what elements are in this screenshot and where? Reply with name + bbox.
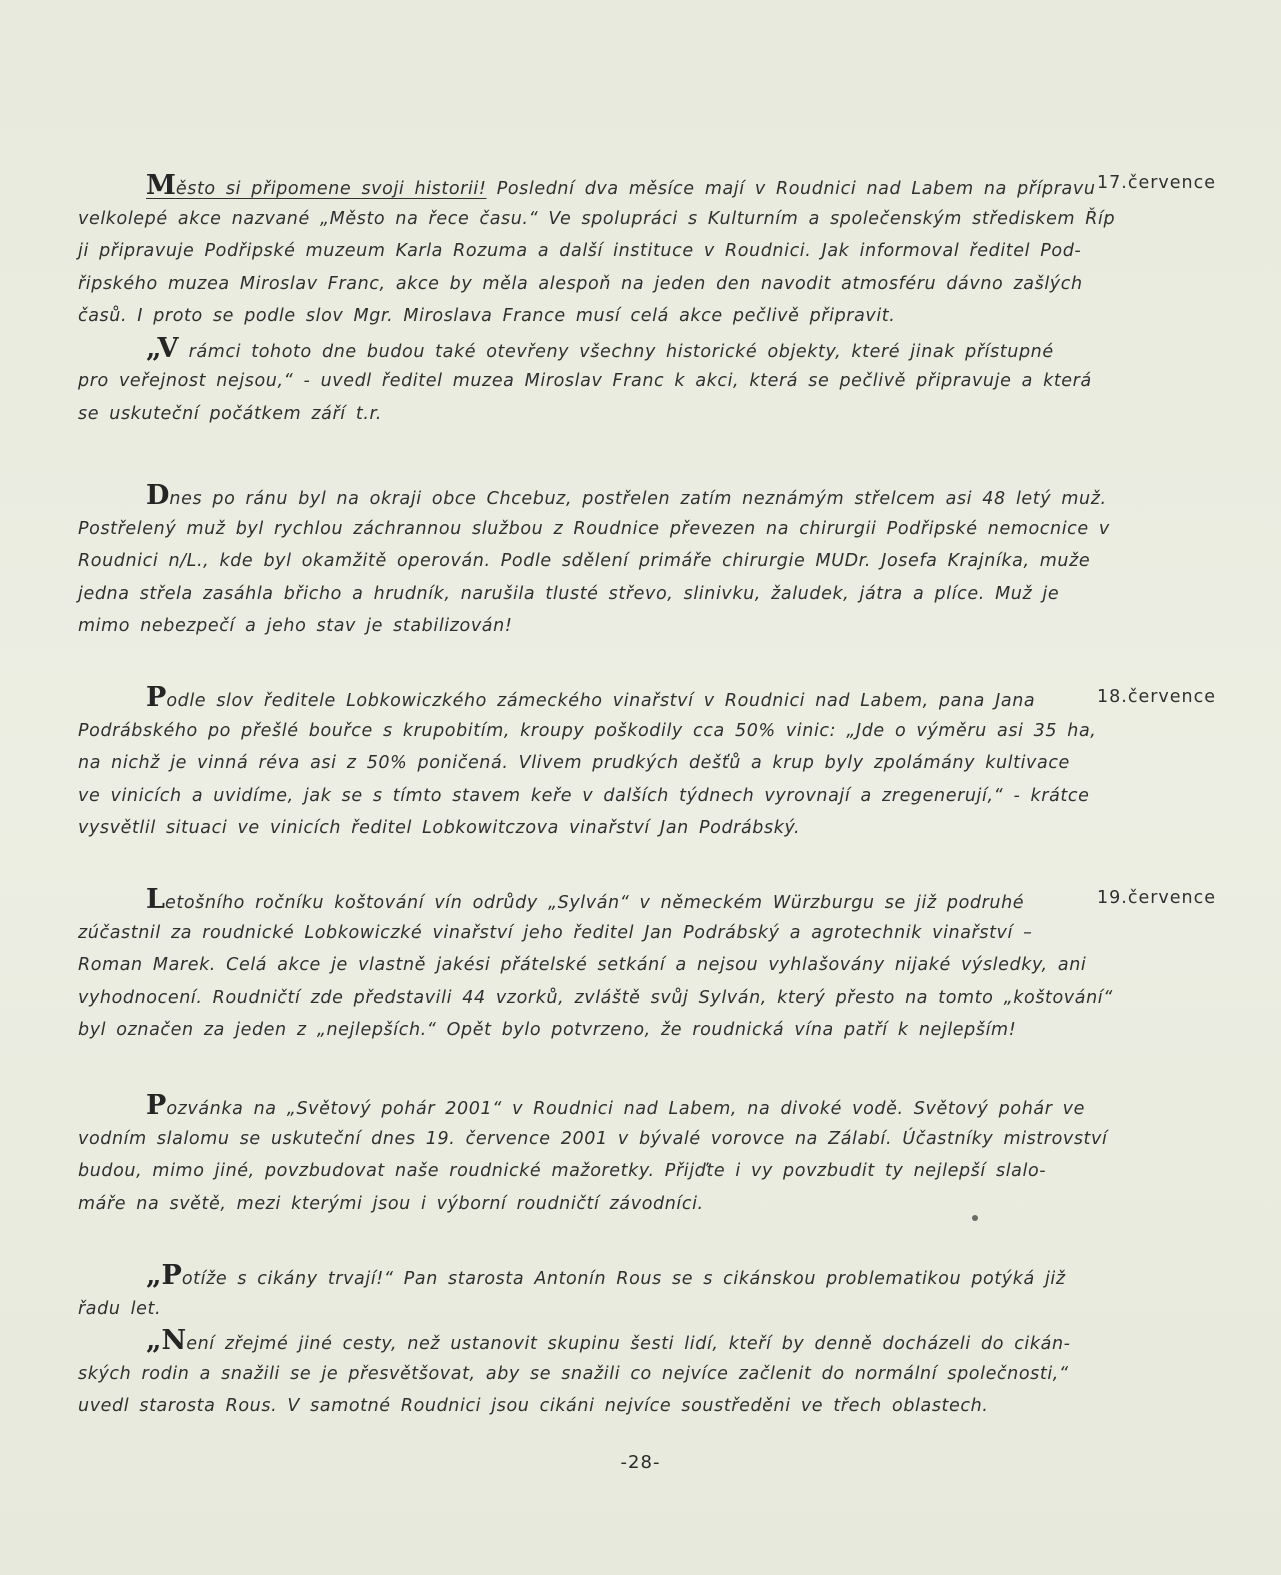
article-line: zúčastnil za roudnické Lobkowiczké vinař…: [78, 917, 1128, 950]
article-quote-line: „V rámci tohoto dne budou také otevřeny …: [78, 333, 1128, 366]
article-quote-line: pro veřejnost nejsou,“ - uvedl ředitel m…: [78, 365, 1128, 398]
article-line: „Potíže s cikány trvají!“ Pan starosta A…: [78, 1260, 1128, 1293]
article-line: Podrábského po přešlé bouřce s krupobití…: [78, 715, 1128, 748]
article-line: vysvětlil situaci ve vinicích ředitel Lo…: [78, 812, 1128, 845]
drop-cap: D: [146, 480, 169, 511]
article-line: ji připravuje Podřipské muzeum Karla Roz…: [78, 235, 1128, 268]
article-line: řadu let.: [78, 1293, 1128, 1326]
article-line: vyhodnocení. Roudničtí zde představili 4…: [78, 982, 1128, 1015]
article-vinarstvi-krupobiti: Podle slov ředitele Lobkowiczkého zámeck…: [78, 682, 1128, 845]
article-line: Roudnici n/L., kde byl okamžitě operován…: [78, 545, 1128, 578]
article-line: na nichž je vinná réva asi z 50% poničen…: [78, 747, 1128, 780]
drop-cap: P: [146, 1090, 166, 1121]
drop-cap: M: [146, 170, 176, 201]
article-line: máře na světě, mezi kterými jsou i výbor…: [78, 1188, 1128, 1221]
article-line: Pozvánka na „Světový pohár 2001“ v Roudn…: [78, 1090, 1128, 1123]
article-line: Dnes po ránu byl na okraji obce Chcebuz,…: [78, 480, 1128, 513]
article-line: Roman Marek. Celá akce je vlastně jakési…: [78, 949, 1128, 982]
article-line: byl označen za jeden z „nejlepších.“ Opě…: [78, 1014, 1128, 1047]
article-chcebuz-strelba: Dnes po ránu byl na okraji obce Chcebuz,…: [78, 480, 1128, 643]
article-quote-line: uvedl starosta Rous. V samotné Roudnici …: [78, 1390, 1128, 1423]
article-potize-cikany: „Potíže s cikány trvají!“ Pan starosta A…: [78, 1260, 1128, 1423]
article-line: Letošního ročníku koštování vín odrůdy „…: [78, 884, 1128, 917]
article-line: mimo nebezpečí a jeho stav je stabilizov…: [78, 610, 1128, 643]
article-headline: Město si připomene svoji historii!: [146, 179, 487, 199]
drop-cap: P: [146, 682, 166, 713]
article-line: budou, mimo jiné, povzbudovat naše roudn…: [78, 1155, 1128, 1188]
article-line: Postřelený muž byl rychlou záchrannou sl…: [78, 513, 1128, 546]
article-quote-line: „Není zřejmé jiné cesty, než ustanovit s…: [78, 1325, 1128, 1358]
article-line: velkolepé akce nazvané „Město na řece ča…: [78, 203, 1128, 236]
page-number: -28-: [0, 1452, 1281, 1473]
article-quote-line: ských rodin a snažili se je přesvětšovat…: [78, 1358, 1128, 1391]
drop-cap: „N: [146, 1325, 186, 1356]
article-svetovy-pohar: Pozvánka na „Světový pohár 2001“ v Roudn…: [78, 1090, 1128, 1220]
drop-cap: „P: [146, 1260, 182, 1291]
article-line: jedna střela zasáhla břicho a hrudník, n…: [78, 578, 1128, 611]
article-line: Podle slov ředitele Lobkowiczkého zámeck…: [78, 682, 1128, 715]
article-quote-line: se uskuteční počátkem září t.r.: [78, 398, 1128, 431]
article-line: časů. I proto se podle slov Mgr. Mirosla…: [78, 300, 1128, 333]
article-line: Město si připomene svoji historii! Posle…: [78, 170, 1128, 203]
article-mesto-historie: Město si připomene svoji historii! Posle…: [78, 170, 1128, 430]
article-sylvan-wurzburg: Letošního ročníku koštování vín odrůdy „…: [78, 884, 1128, 1047]
document-page: 17.července Město si připomene svoji his…: [0, 0, 1281, 1575]
article-line: vodním slalomu se uskuteční dnes 19. čer…: [78, 1123, 1128, 1156]
article-line: ve vinicích a uvidíme, jak se s tímto st…: [78, 780, 1128, 813]
paper-speck: [972, 1215, 978, 1221]
drop-cap: „V: [146, 333, 179, 364]
drop-cap: L: [146, 884, 165, 915]
article-line: řipského muzea Miroslav Franc, akce by m…: [78, 268, 1128, 301]
